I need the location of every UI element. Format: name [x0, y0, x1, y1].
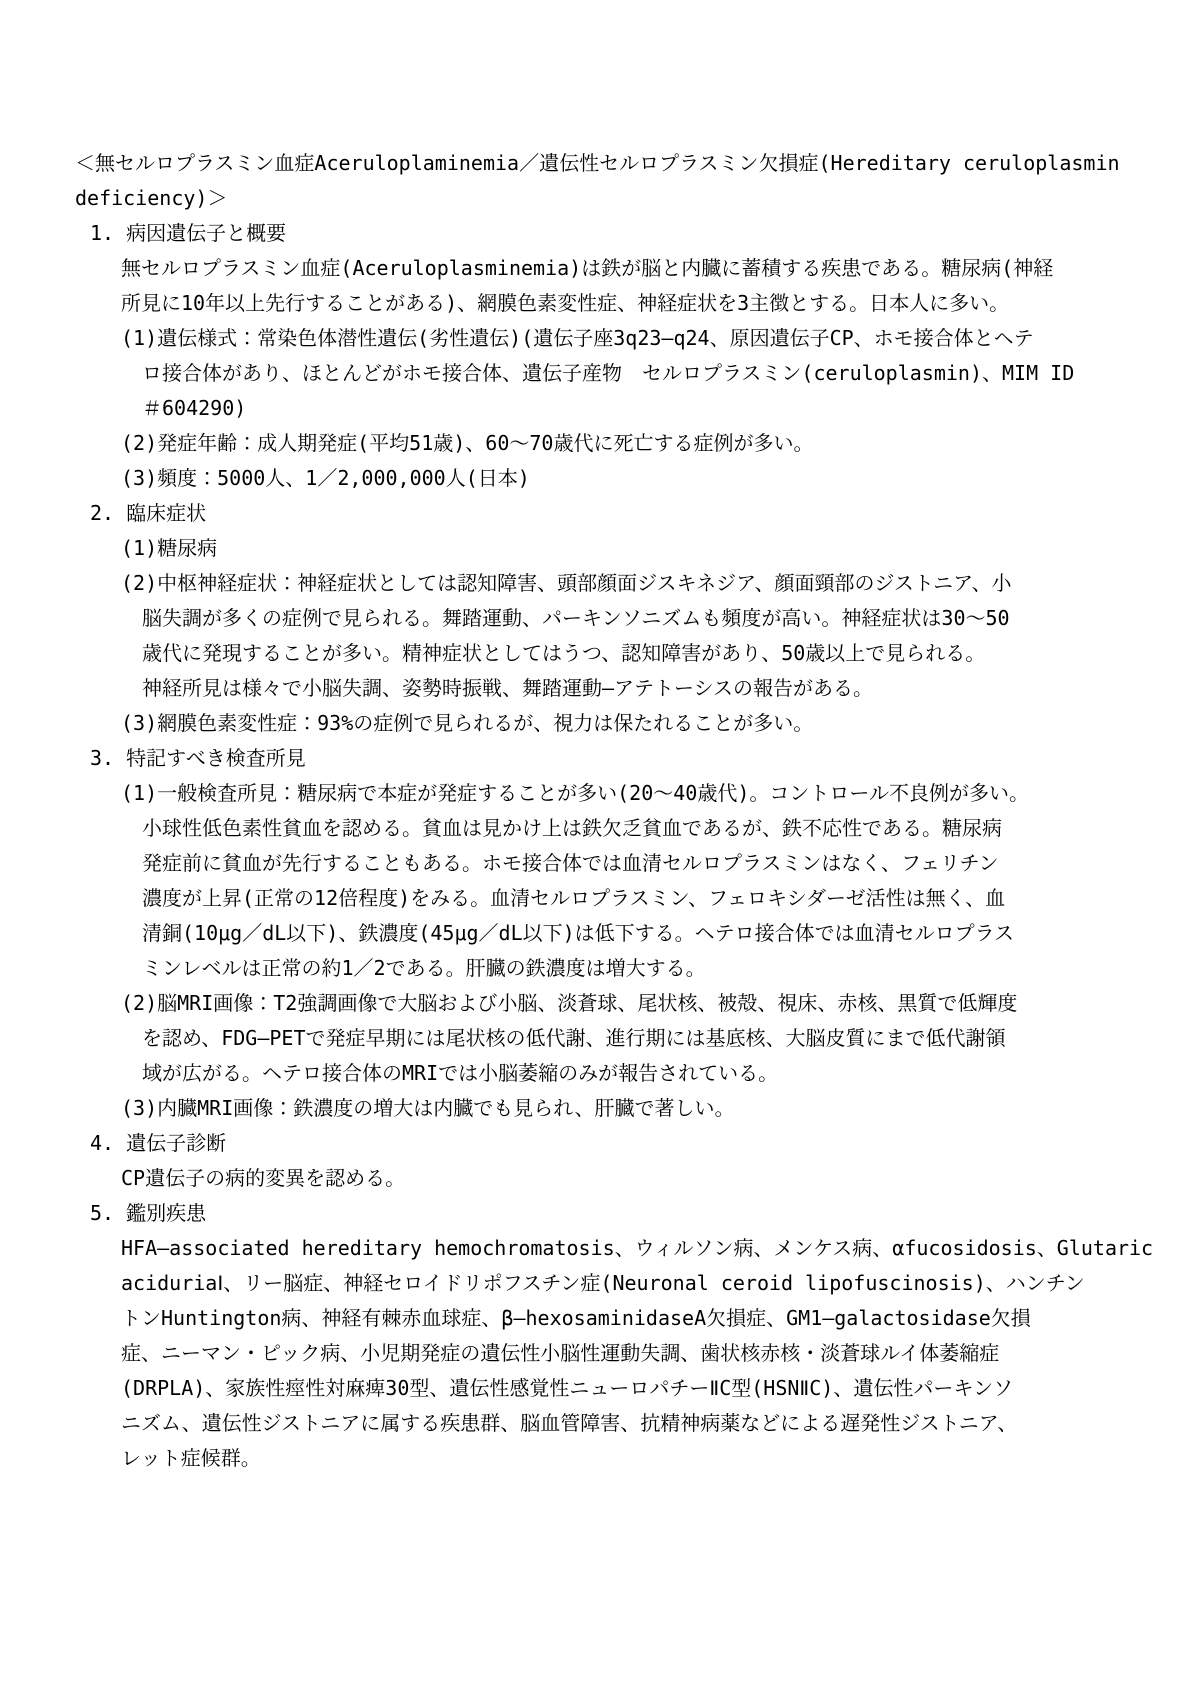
text-line: 3. 特記すべき検査所見: [75, 741, 1147, 776]
text-line-content: 所見に10年以上先行することがある)、網膜色素変性症、神経症状を3主徴とする。日…: [121, 291, 1009, 315]
text-line-content: 清銅(10μg／dL以下)、鉄濃度(45μg／dL以下)は低下する。ヘテロ接合体…: [142, 921, 1014, 945]
text-line-content: CP遺伝子の病的変異を認める。: [121, 1166, 405, 1190]
text-line-content: (1)糖尿病: [121, 536, 217, 560]
text-line: (3)内臓MRI画像：鉄濃度の増大は内臓でも見られ、肝臓で著しい。: [75, 1091, 1147, 1126]
text-line-content: ミンレベルは正常の約1／2である。肝臓の鉄濃度は増大する。: [142, 956, 706, 980]
text-line: 脳失調が多くの症例で見られる。舞踏運動、パーキンソニズムも頻度が高い。神経症状は…: [75, 601, 1147, 636]
text-line-content: (2)発症年齢：成人期発症(平均51歳)、60〜70歳代に死亡する症例が多い。: [121, 431, 813, 455]
text-line: 歳代に発現することが多い。精神症状としてはうつ、認知障害があり、50歳以上で見ら…: [75, 636, 1147, 671]
text-line: 清銅(10μg／dL以下)、鉄濃度(45μg／dL以下)は低下する。ヘテロ接合体…: [75, 916, 1147, 951]
text-line-content: ＃604290): [142, 396, 246, 420]
text-line: ＃604290): [75, 391, 1147, 426]
text-line: (2)脳MRI画像：T2強調画像で大脳および小脳、淡蒼球、尾状核、被殻、視床、赤…: [75, 986, 1147, 1021]
text-line: ミンレベルは正常の約1／2である。肝臓の鉄濃度は増大する。: [75, 951, 1147, 986]
text-line: (3)頻度：5000人、1／2,000,000人(日本): [75, 461, 1147, 496]
text-line-content: aciduriaⅠ、リー脳症、神経セロイドリポフスチン症(Neuronal ce…: [121, 1271, 1085, 1295]
text-line: (DRPLA)、家族性痙性対麻痺30型、遺伝性感覚性ニューロパチーⅡC型(HSN…: [75, 1371, 1147, 1406]
text-line-content: 脳失調が多くの症例で見られる。舞踏運動、パーキンソニズムも頻度が高い。神経症状は…: [142, 606, 1010, 630]
text-line-content: (1)一般検査所見：糖尿病で本症が発症することが多い(20〜40歳代)。コントロ…: [121, 781, 1029, 805]
text-line: トンHuntington病、神経有棘赤血球症、β—hexosaminidaseA…: [75, 1301, 1147, 1336]
text-line-content: を認め、FDG—PETで発症早期には尾状核の低代謝、進行期には基底核、大脳皮質に…: [142, 1026, 1006, 1050]
text-line-content: 無セルロプラスミン血症(Aceruloplasminemia)は鉄が脳と内臓に蓄…: [121, 256, 1053, 280]
text-line: 発症前に貧血が先行することもある。ホモ接合体では血清セルロプラスミンはなく、フェ…: [75, 846, 1147, 881]
text-line-content: (3)網膜色素変性症：93%の症例で見られるが、視力は保たれることが多い。: [121, 711, 813, 735]
text-line: 無セルロプラスミン血症(Aceruloplasminemia)は鉄が脳と内臓に蓄…: [75, 251, 1147, 286]
text-line: CP遺伝子の病的変異を認める。: [75, 1161, 1147, 1196]
text-line-content: 域が広がる。ヘテロ接合体のMRIでは小脳萎縮のみが報告されている。: [142, 1061, 778, 1085]
text-line: 域が広がる。ヘテロ接合体のMRIでは小脳萎縮のみが報告されている。: [75, 1056, 1147, 1091]
text-line-content: トンHuntington病、神経有棘赤血球症、β—hexosaminidaseA…: [121, 1306, 1031, 1330]
text-line-content: (3)頻度：5000人、1／2,000,000人(日本): [121, 466, 530, 490]
text-line: aciduriaⅠ、リー脳症、神経セロイドリポフスチン症(Neuronal ce…: [75, 1266, 1147, 1301]
text-line: 所見に10年以上先行することがある)、網膜色素変性症、神経症状を3主徴とする。日…: [75, 286, 1147, 321]
text-line: を認め、FDG—PETで発症早期には尾状核の低代謝、進行期には基底核、大脳皮質に…: [75, 1021, 1147, 1056]
text-line-content: レット症候群。: [121, 1446, 261, 1470]
text-line-content: 3. 特記すべき検査所見: [90, 746, 306, 770]
text-line: 2. 臨床症状: [75, 496, 1147, 531]
text-line: deficiency)＞: [75, 181, 1147, 216]
text-line-content: (DRPLA)、家族性痙性対麻痺30型、遺伝性感覚性ニューロパチーⅡC型(HSN…: [121, 1376, 1013, 1400]
text-line-content: ロ接合体があり、ほとんどがホモ接合体、遺伝子産物 セルロプラスミン(cerulo…: [142, 361, 1074, 385]
text-line: (1)糖尿病: [75, 531, 1147, 566]
text-line: 4. 遺伝子診断: [75, 1126, 1147, 1161]
text-line: 1. 病因遺伝子と概要: [75, 216, 1147, 251]
text-line-content: (2)中枢神経症状：神経症状としては認知障害、頭部顔面ジスキネジア、顔面頸部のジ…: [121, 571, 1012, 595]
text-line: (1)遺伝様式：常染色体潜性遺伝(劣性遺伝)(遺伝子座3q23—q24、原因遺伝…: [75, 321, 1147, 356]
text-line-content: 4. 遺伝子診断: [90, 1131, 226, 1155]
text-line: レット症候群。: [75, 1441, 1147, 1476]
text-line: (2)中枢神経症状：神経症状としては認知障害、頭部顔面ジスキネジア、顔面頸部のジ…: [75, 566, 1147, 601]
text-line-content: 神経所見は様々で小脳失調、姿勢時振戦、舞踏運動—アテトーシスの報告がある。: [142, 676, 873, 700]
text-line-content: 発症前に貧血が先行することもある。ホモ接合体では血清セルロプラスミンはなく、フェ…: [142, 851, 999, 875]
document-page: ＜無セルロプラスミン血症Aceruloplaminemia／遺伝性セルロプラスミ…: [0, 0, 1181, 1695]
text-line: 症、ニーマン・ピック病、小児期発症の遺伝性小脳性運動失調、歯状核赤核・淡蒼球ルイ…: [75, 1336, 1147, 1371]
text-line: HFA—associated hereditary hemochromatosi…: [75, 1231, 1147, 1266]
text-line-content: ＜無セルロプラスミン血症Aceruloplaminemia／遺伝性セルロプラスミ…: [75, 151, 1120, 175]
text-line: 神経所見は様々で小脳失調、姿勢時振戦、舞踏運動—アテトーシスの報告がある。: [75, 671, 1147, 706]
text-line: (1)一般検査所見：糖尿病で本症が発症することが多い(20〜40歳代)。コントロ…: [75, 776, 1147, 811]
text-line: ニズム、遺伝性ジストニアに属する疾患群、脳血管障害、抗精神病薬などによる遅発性ジ…: [75, 1406, 1147, 1441]
text-line: (3)網膜色素変性症：93%の症例で見られるが、視力は保たれることが多い。: [75, 706, 1147, 741]
text-line-content: 2. 臨床症状: [90, 501, 206, 525]
text-line-content: 小球性低色素性貧血を認める。貧血は見かけ上は鉄欠乏貧血であるが、鉄不応性である。…: [142, 816, 1002, 840]
text-line-content: 5. 鑑別疾患: [90, 1201, 206, 1225]
text-line-content: (3)内臓MRI画像：鉄濃度の増大は内臓でも見られ、肝臓で著しい。: [121, 1096, 734, 1120]
text-line: (2)発症年齢：成人期発症(平均51歳)、60〜70歳代に死亡する症例が多い。: [75, 426, 1147, 461]
text-line: 濃度が上昇(正常の12倍程度)をみる。血清セルロプラスミン、フェロキシダーゼ活性…: [75, 881, 1147, 916]
text-line-content: (2)脳MRI画像：T2強調画像で大脳および小脳、淡蒼球、尾状核、被殻、視床、赤…: [121, 991, 1017, 1015]
text-line-content: deficiency)＞: [75, 186, 227, 210]
text-line-content: HFA—associated hereditary hemochromatosi…: [121, 1236, 1153, 1260]
text-line-content: ニズム、遺伝性ジストニアに属する疾患群、脳血管障害、抗精神病薬などによる遅発性ジ…: [121, 1411, 1017, 1435]
text-line: 小球性低色素性貧血を認める。貧血は見かけ上は鉄欠乏貧血であるが、鉄不応性である。…: [75, 811, 1147, 846]
medical-document-text: ＜無セルロプラスミン血症Aceruloplaminemia／遺伝性セルロプラスミ…: [75, 146, 1147, 1476]
text-line-content: 症、ニーマン・ピック病、小児期発症の遺伝性小脳性運動失調、歯状核赤核・淡蒼球ルイ…: [121, 1341, 999, 1365]
text-line-content: 1. 病因遺伝子と概要: [90, 221, 286, 245]
text-line-content: 歳代に発現することが多い。精神症状としてはうつ、認知障害があり、50歳以上で見ら…: [142, 641, 985, 665]
text-line: 5. 鑑別疾患: [75, 1196, 1147, 1231]
text-line: ロ接合体があり、ほとんどがホモ接合体、遺伝子産物 セルロプラスミン(cerulo…: [75, 356, 1147, 391]
text-line: ＜無セルロプラスミン血症Aceruloplaminemia／遺伝性セルロプラスミ…: [75, 146, 1147, 181]
text-line-content: 濃度が上昇(正常の12倍程度)をみる。血清セルロプラスミン、フェロキシダーゼ活性…: [142, 886, 1005, 910]
text-line-content: (1)遺伝様式：常染色体潜性遺伝(劣性遺伝)(遺伝子座3q23—q24、原因遺伝…: [121, 326, 1034, 350]
